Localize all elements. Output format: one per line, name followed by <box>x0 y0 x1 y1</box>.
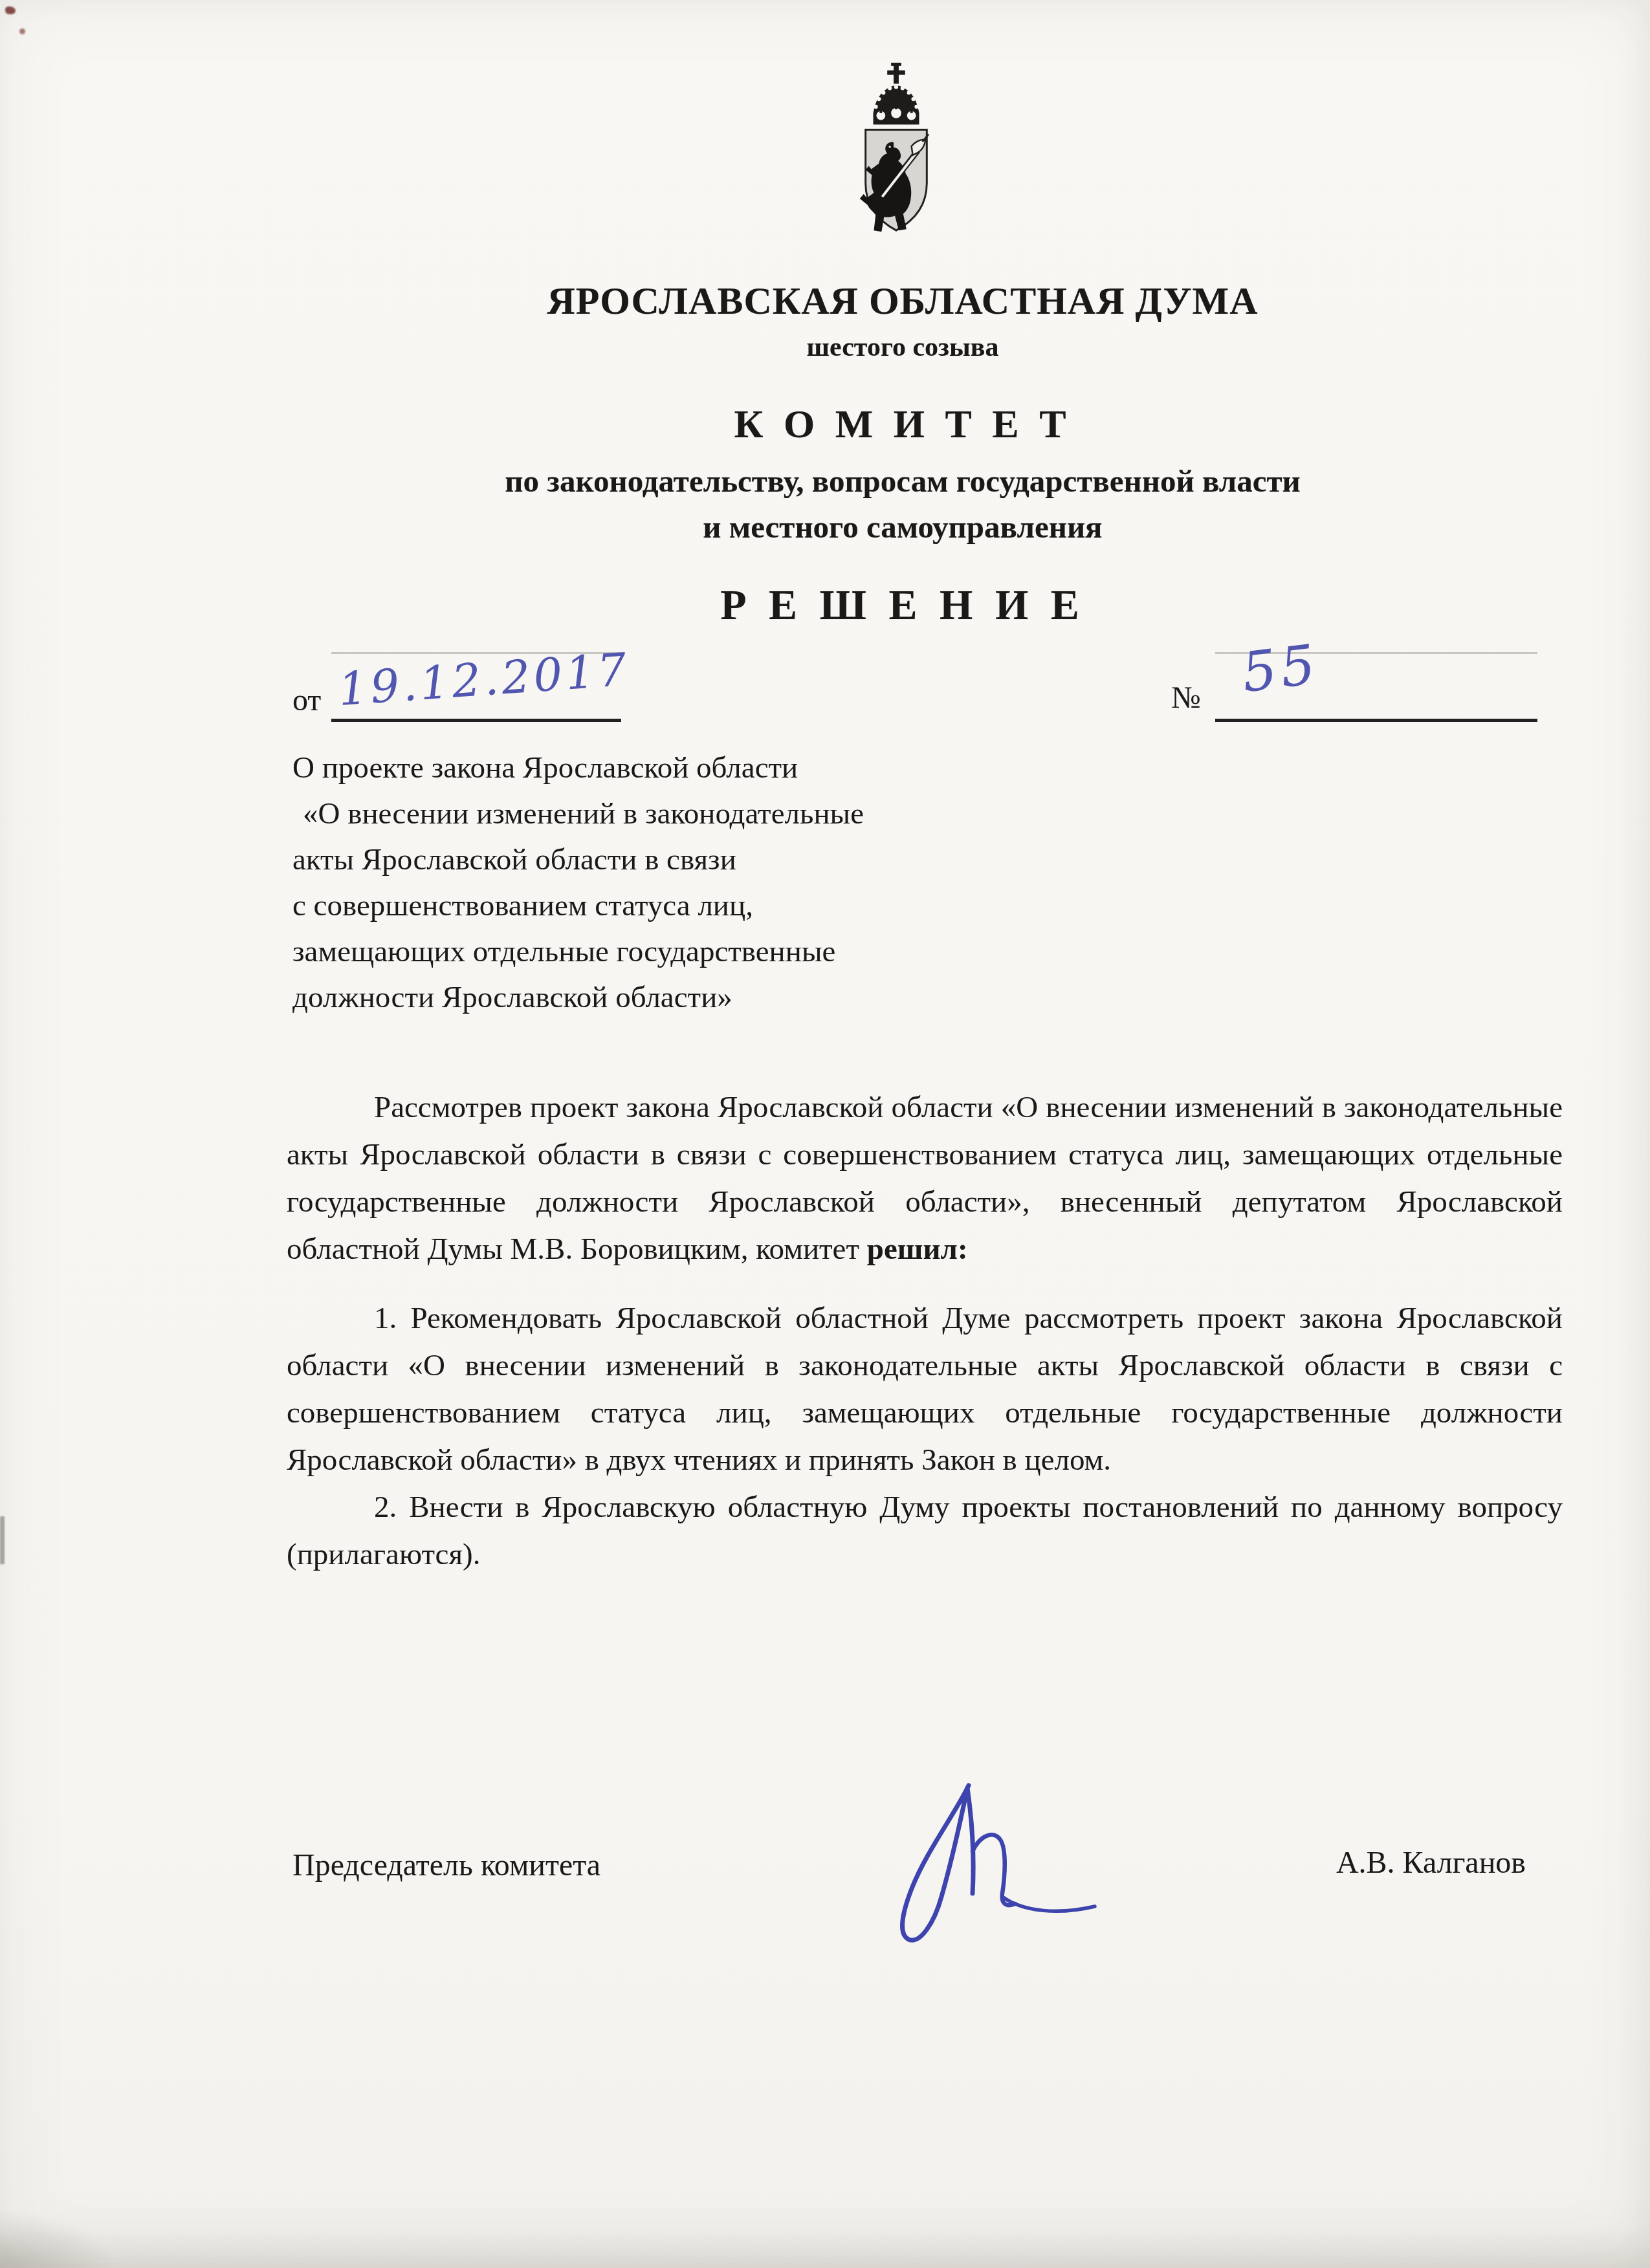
chairman-name: А.В. Калганов <box>1336 1845 1526 1881</box>
scanned-document-page: ЯРОСЛАВСКАЯ ОБЛАСТНАЯ ДУМА шестого созыв… <box>0 0 1650 2268</box>
subject-line: акты Ярославской области в связи <box>292 837 1153 883</box>
number-underline: 55 <box>1215 654 1537 722</box>
org-name: ЯРОСЛАВСКАЯ ОБЛАСТНАЯ ДУМА <box>188 277 1618 325</box>
committee-heading: К О М И Т Е Т <box>188 400 1618 449</box>
committee-description-line2: и местного самоуправления <box>188 504 1618 550</box>
scan-artifact <box>0 2210 116 2268</box>
date-field: от 19.12.2017 <box>292 654 621 722</box>
number-label: № <box>1171 680 1201 722</box>
signature-autograph-icon <box>836 1774 1134 1968</box>
scan-artifact <box>0 2227 1650 2268</box>
decision-item-2: 2. Внести в Ярославскую областную Думу п… <box>287 1484 1563 1578</box>
subject-line: О проекте закона Ярославской области <box>292 745 1153 791</box>
document-header: ЯРОСЛАВСКАЯ ОБЛАСТНАЯ ДУМА шестого созыв… <box>188 277 1618 631</box>
subject-line: с совершенствованием статуса лиц, <box>292 883 1153 929</box>
intro-paragraph: Рассмотрев проект закона Ярославской обл… <box>287 1084 1563 1273</box>
subject-line: должности Ярославской области» <box>292 975 1153 1021</box>
committee-description-line1: по законодательству, вопросам государств… <box>188 458 1618 504</box>
resolved-word: решил: <box>867 1232 968 1266</box>
chairman-label: Председатель комитета <box>292 1848 600 1883</box>
number-handwritten: 55 <box>1238 632 1323 704</box>
scan-artifact <box>19 28 25 34</box>
decision-heading: Р Е Ш Е Н И Е <box>188 580 1618 631</box>
date-underline: 19.12.2017 <box>331 654 621 722</box>
number-field: № 55 <box>1171 654 1537 722</box>
convocation-label: шестого созыва <box>188 331 1618 364</box>
date-label: от <box>292 682 321 722</box>
reference-row: от 19.12.2017 № 55 <box>292 652 1562 722</box>
scan-artifact <box>5 6 16 14</box>
date-handwritten: 19.12.2017 <box>337 643 632 716</box>
document-body: Рассмотрев проект закона Ярославской обл… <box>287 1084 1563 1578</box>
subject-line: «О внесении изменений в законодательные <box>292 791 1153 837</box>
subject-block: О проекте закона Ярославской области «О … <box>292 745 1153 1021</box>
decision-item-1: 1. Рекомендовать Ярославской областной Д… <box>287 1295 1563 1484</box>
subject-line: замещающих отдельные государственные <box>292 929 1153 975</box>
scan-artifact <box>0 1516 5 1564</box>
coat-of-arms-icon <box>852 61 941 237</box>
